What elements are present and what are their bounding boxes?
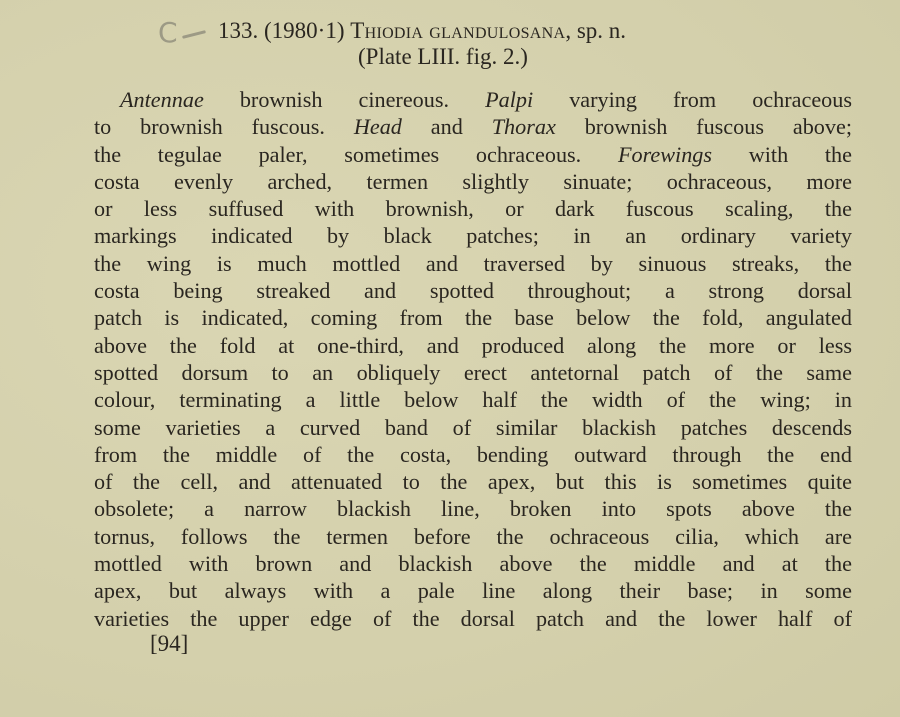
text-line: to brownish fuscous. Head and Thorax bro…: [94, 113, 852, 140]
species-suffix: , sp. n.: [565, 18, 626, 43]
text-run: the tegulae paler, sometimes ochraceous.: [94, 142, 618, 167]
margin-pencil-annotation: C: [158, 18, 206, 48]
annotation-dash: [182, 30, 206, 39]
text-run: costa being streaked and spotted through…: [94, 278, 852, 303]
text-line: or less suffused with brownish, or dark …: [94, 195, 852, 222]
text-line: costa evenly arched, termen slightly sin…: [94, 168, 852, 195]
text-line: obsolete; a narrow blackish line, broken…: [94, 495, 852, 522]
text-line: costa being streaked and spotted through…: [94, 277, 852, 304]
text-line: from the middle of the costa, bending ou…: [94, 441, 852, 468]
text-run: brownish cinereous.: [204, 87, 485, 112]
text-line: spotted dorsum to an obliquely erect ant…: [94, 359, 852, 386]
text-line: varieties the upper edge of the dorsal p…: [94, 605, 852, 632]
text-run: brownish fuscous above;: [556, 114, 852, 139]
text-run: tornus, follows the termen before the oc…: [94, 524, 852, 549]
text-run: of the cell, and attenuated to the apex,…: [94, 469, 852, 494]
text-run: to brownish fuscous.: [94, 114, 354, 139]
text-run: above the fold at one-third, and produce…: [94, 333, 852, 358]
catalogue-number: (1980·1): [264, 18, 344, 43]
text-run: varying from ochraceous: [533, 87, 852, 112]
text-line: of the cell, and attenuated to the apex,…: [94, 468, 852, 495]
text-line: Antennae brownish cinereous. Palpi varyi…: [94, 86, 852, 113]
text-line: colour, terminating a little below half …: [94, 386, 852, 413]
text-line: the tegulae paler, sometimes ochraceous.…: [94, 141, 852, 168]
page-number: [94]: [150, 630, 188, 658]
text-run: obsolete; a narrow blackish line, broken…: [94, 496, 852, 521]
text-run: the wing is much mottled and traversed b…: [94, 251, 852, 276]
text-run: costa evenly arched, termen slightly sin…: [94, 169, 852, 194]
text-run: with the: [712, 142, 852, 167]
italic-term: Head: [354, 114, 402, 139]
italic-term: Palpi: [485, 87, 533, 112]
text-run: mottled with brown and blackish above th…: [94, 551, 852, 576]
text-line: tornus, follows the termen before the oc…: [94, 523, 852, 550]
italic-term: Thorax: [492, 114, 556, 139]
text-run: or less suffused with brownish, or dark …: [94, 196, 852, 221]
text-run: markings indicated by black patches; in …: [94, 223, 852, 248]
text-run: from the middle of the costa, bending ou…: [94, 442, 852, 467]
italic-term: Antennae: [120, 87, 204, 112]
text-run: and: [402, 114, 492, 139]
annotation-mark: C: [158, 16, 180, 49]
text-line: markings indicated by black patches; in …: [94, 222, 852, 249]
plate-reference: (Plate LIII. fig. 2.): [358, 43, 528, 71]
entry-heading: 133. (1980·1) Thiodia glandulosana, sp. …: [218, 17, 626, 45]
text-run: some varieties a curved band of similar …: [94, 415, 852, 440]
text-run: spotted dorsum to an obliquely erect ant…: [94, 360, 852, 385]
species-name: Thiodia glandulosana: [350, 18, 565, 43]
text-line: the wing is much mottled and traversed b…: [94, 250, 852, 277]
text-line: apex, but always with a pale line along …: [94, 577, 852, 604]
text-run: colour, terminating a little below half …: [94, 387, 852, 412]
text-run: apex, but always with a pale line along …: [94, 578, 852, 603]
text-line: patch is indicated, coming from the base…: [94, 304, 852, 331]
text-run: varieties the upper edge of the dorsal p…: [94, 606, 852, 631]
italic-term: Forewings: [618, 142, 712, 167]
text-run: patch is indicated, coming from the base…: [94, 305, 852, 330]
entry-number: 133.: [218, 18, 258, 43]
description-paragraph: Antennae brownish cinereous. Palpi varyi…: [94, 86, 852, 632]
scanned-page: C 133. (1980·1) Thiodia glandulosana, sp…: [0, 0, 900, 717]
text-line: above the fold at one-third, and produce…: [94, 332, 852, 359]
text-line: mottled with brown and blackish above th…: [94, 550, 852, 577]
text-line: some varieties a curved band of similar …: [94, 414, 852, 441]
